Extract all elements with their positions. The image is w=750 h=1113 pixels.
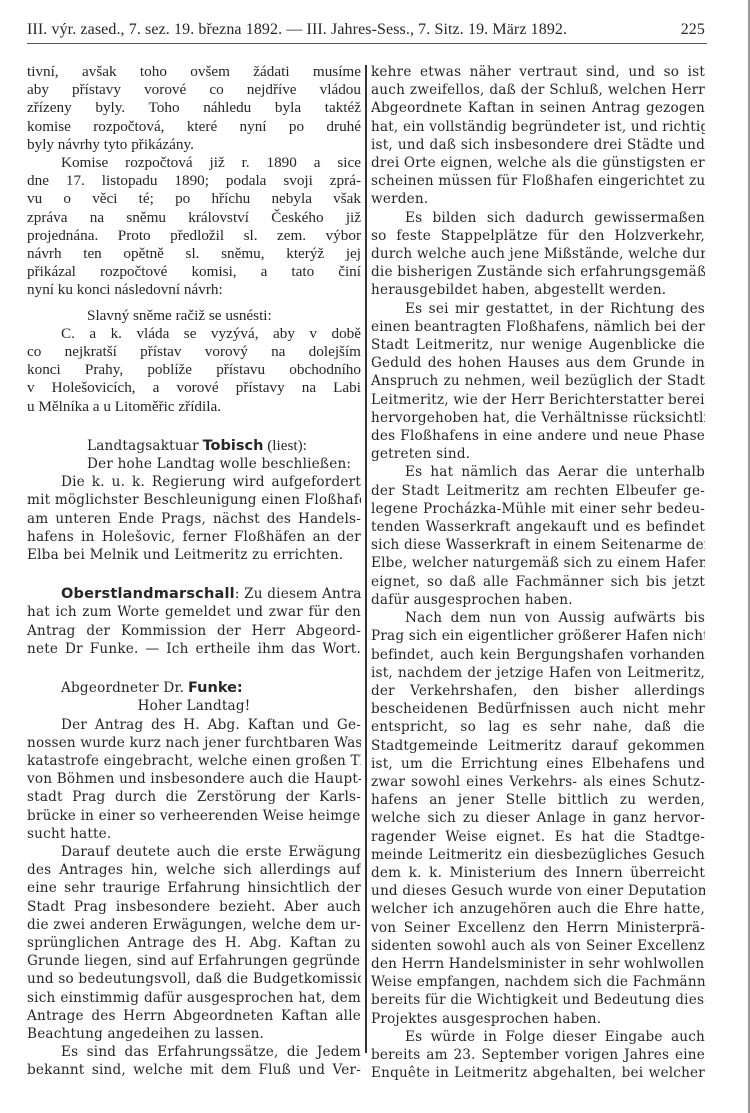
text-line: eignet, so daß alle Fachmänner sich bis … xyxy=(371,573,705,591)
resolution-intro: Slavný sněme račiž se usnésti: xyxy=(27,307,361,325)
text-line: dafür ausgesprochen haben. xyxy=(371,591,705,609)
text-line: meinde Leitmeritz ein diesbezügliches Ge… xyxy=(371,846,705,864)
speech-paragraph-3: Es sind das Erfahrungssätze, die Jedembe… xyxy=(27,1043,361,1079)
text-line: Es bilden sich dadurch gewissermaßen xyxy=(371,209,705,227)
text-line: sich diese Wasserkraft in einem Seitenar… xyxy=(371,536,705,554)
paragraph-5: Nach dem nun von Aussig aufwärts bisPrag… xyxy=(371,609,705,1028)
text-line: dne 17. listopadu 1890; podala svoji zpr… xyxy=(27,172,361,190)
text-line: Enquête in Leitmeritz abgehalten, bei we… xyxy=(371,1064,705,1082)
german-intro: Der hohe Landtag wolle beschließen: xyxy=(27,455,361,473)
text-line: zwar sowohl eines Verkehrs- als eines Sc… xyxy=(371,773,705,791)
chair-name: Oberstlandmarschall xyxy=(61,586,235,602)
text-line: katastrofe eingebracht, welche einen gro… xyxy=(27,752,361,770)
speaker-name: Funke: xyxy=(188,680,243,696)
text-line: sucht hatte. xyxy=(27,825,361,843)
speech-paragraph-2: Darauf deutete auch die erste Erwägungde… xyxy=(27,843,361,1043)
text-line: návrh ten opětně sl. sněmu, kterýž jej xyxy=(27,245,361,263)
text-line: getreten sind. xyxy=(371,445,705,463)
chair-speech-line: nete Dr Funke. — Ich ertheile ihm das Wo… xyxy=(27,640,361,658)
text-line: bereits für die Wichtigkeit und Bedeutun… xyxy=(371,991,705,1009)
text-line: tenden Wasserkraft angekauft und es befi… xyxy=(371,518,705,536)
text-line: Elbe, welcher naturgemäß sich zu einem H… xyxy=(371,554,705,572)
text-line: bekannt sind, welche mit dem Fluß und Ve… xyxy=(27,1061,361,1079)
text-line: Es würde in Folge dieser Eingabe auch xyxy=(371,1028,705,1046)
paragraph-3: Es sei mir gestattet, in der Richtung de… xyxy=(371,300,705,464)
text-line: sprünglichen Antrage des H. Abg. Kaftan … xyxy=(27,934,361,952)
text-line: auch zweifellos, daß der Schluß, welchen… xyxy=(371,81,705,99)
text-line: aby přístavy vorové co nejdříve vládou xyxy=(27,81,361,99)
text-line: drei Orte eignen, welche als die günstig… xyxy=(371,154,705,172)
text-line: durch welche auch jene Mißstände, welche… xyxy=(371,245,705,263)
text-line: přikázal rozpočtové komisi, a tato činí xyxy=(27,263,361,281)
text-line: Es sei mir gestattet, in der Richtung de… xyxy=(371,300,705,318)
text-line: ist, und daß sich insbesondere drei Städ… xyxy=(371,136,705,154)
speech-paragraph-1: Der Antrag des H. Abg. Kaftan und Ge-nos… xyxy=(27,716,361,843)
text-line: zpráva na sněmu království Českého již xyxy=(27,209,361,227)
text-line: Geduld des hohen Hauses aus dem Grunde i… xyxy=(371,354,705,372)
text-line: der Stadt Leitmeritz am rechten Elbeufer… xyxy=(371,482,705,500)
left-column: tivní, avšak toho ovšem žádati musímeaby… xyxy=(27,63,361,1080)
text-line: sidenten sowohl auch als von Seiner Exce… xyxy=(371,937,705,955)
text-line: am unteren Ende Prags, nächst des Handel… xyxy=(27,510,361,528)
speaker-heading: Abgeordneter Dr. Funke: xyxy=(27,679,361,697)
text-line: welche sich zu dieser Anlage in ganz her… xyxy=(371,809,705,827)
text-line: Prag sich ein eigentlicher größerer Hafe… xyxy=(371,627,705,645)
german-resolution: Die k. u. k. Regierung wird aufgefordert… xyxy=(27,473,361,564)
text-line: Weise empfangen, nachdem sich die Fachmä… xyxy=(371,973,705,991)
text-line: der Verkehrshafen, den bisher allerdings xyxy=(371,682,705,700)
text-line: Nach dem nun von Aussig aufwärts bis xyxy=(371,609,705,627)
text-line: stadt Prag durch die Zerstörung der Karl… xyxy=(27,788,361,806)
text-line: hat, ein vollständig begründeter ist, un… xyxy=(371,118,705,136)
text-line: sich einstimmig dafür ausgesprochen hat,… xyxy=(27,989,361,1007)
running-head: III. výr. zased., 7. sez. 19. března 189… xyxy=(27,19,707,44)
text-line: und dieses Gesuch wurde von einer Deputa… xyxy=(371,882,705,900)
text-line: Es sind das Erfahrungssätze, die Jedem xyxy=(27,1043,361,1061)
text-line: Es hat nämlich das Aerar die unterhalb xyxy=(371,463,705,481)
text-line: u Mělníka a u Litoměřic zřídila. xyxy=(27,398,361,416)
reader-label: Landtagsaktuar xyxy=(87,438,199,454)
text-line: mit möglichster Beschleunigung einen Flo… xyxy=(27,491,361,509)
text-line: Elba bei Melnik und Leitmeritz zu errich… xyxy=(27,546,361,564)
reader-heading: Landtagsaktuar Tobisch (liest): xyxy=(27,437,361,455)
text-line: Darauf deutete auch die erste Erwägung xyxy=(27,843,361,861)
text-line: so feste Stappelplätze für den Holzverke… xyxy=(371,227,705,245)
text-line: vu o věci té; po hříchu nebyla však xyxy=(27,190,361,208)
text-line: komise rozpočtová, které nyní po druhé xyxy=(27,118,361,136)
text-line: brücke in einer so verheerenden Weise he… xyxy=(27,807,361,825)
header-title: III. výr. zased., 7. sez. 19. března 189… xyxy=(27,21,567,38)
text-line: herausgebildet haben, abgestellt werden. xyxy=(371,281,705,299)
paragraph-6: Es würde in Folge dieser Eingabe auchber… xyxy=(371,1028,705,1083)
paragraph-1: kehre etwas näher vertraut sind, und so … xyxy=(371,63,705,209)
text-line: ist, um die Errichtung eines Elbehafens … xyxy=(371,755,705,773)
text-line: welcher ich anzugehören auch die Ehre ha… xyxy=(371,900,705,918)
reader-suffix: (liest): xyxy=(267,437,307,454)
text-line: byly návrhy tyto přikázány. xyxy=(27,136,361,154)
text-line: Projektes ausgesprochen haben. xyxy=(371,1010,705,1028)
chair-speech-line: hat ich zum Worte gemeldet und zwar für … xyxy=(27,603,361,621)
text-line: Die k. u. k. Regierung wird aufgefordert xyxy=(27,473,361,491)
text-line: Anspruch zu nehmen, weil bezüglich der S… xyxy=(371,372,705,390)
text-line: von Seiner Excellenz den Herrn Ministerp… xyxy=(371,919,705,937)
czech-paragraph-1: tivní, avšak toho ovšem žádati musímeaby… xyxy=(27,63,361,154)
text-line: den Herrn Handelsminister in sehr wohlwo… xyxy=(371,955,705,973)
text-line: legene Procházka-Mühle mit einer sehr be… xyxy=(371,500,705,518)
text-line: co nejkratší přístav vorový na dolejším xyxy=(27,343,361,361)
text-line: v Holešovicích, a vorové přístavy na Lab… xyxy=(27,379,361,397)
text-line: hafens an jener Stelle bittlich zu werde… xyxy=(371,791,705,809)
text-line: Antrage des Herrn Abgeordneten Kaftan al… xyxy=(27,1007,361,1025)
speaker-label: Abgeordneter Dr. xyxy=(61,680,184,696)
reader-name: Tobisch xyxy=(203,438,264,454)
text-line: von Böhmen und insbesondere auch die Hau… xyxy=(27,770,361,788)
text-line: Stadtgemeinde Leitmeritz darauf gekommen xyxy=(371,737,705,755)
text-line: die zwei anderen Erwägungen, welche dem … xyxy=(27,916,361,934)
text-line: die bisherigen Zustände sich erfahrungsg… xyxy=(371,263,705,281)
text-line: tivní, avšak toho ovšem žádati musíme xyxy=(27,63,361,81)
right-column: kehre etwas näher vertraut sind, und so … xyxy=(371,63,705,1082)
text-line: eine sehr traurige Erfahrung hinsichtlic… xyxy=(27,879,361,897)
chair-heading: Oberstlandmarschall: Zu diesem Antrage xyxy=(27,585,361,603)
text-line: scheinen müssen für Floßhafen eingericht… xyxy=(371,172,705,190)
text-line: befindet, auch kein Bergungshafen vorhan… xyxy=(371,646,705,664)
paragraph-2: Es bilden sich dadurch gewissermaßenso f… xyxy=(371,209,705,300)
chair-speech-line: Antrag der Kommission der Herr Abgeord- xyxy=(27,622,361,640)
paragraph-4: Es hat nämlich das Aerar die unterhalbde… xyxy=(371,463,705,609)
text-line: des Floßhafens in eine andere und neue P… xyxy=(371,427,705,445)
text-line: C. a k. vláda se vyzývá, aby v době xyxy=(27,325,361,343)
text-line: kehre etwas näher vertraut sind, und so … xyxy=(371,63,705,81)
text-line: werden. xyxy=(371,190,705,208)
text-line: konci Prahy, poblíže přístavu obchodního xyxy=(27,361,361,379)
text-line: hervorgehoben hat, die Verhältnisse rück… xyxy=(371,409,705,427)
text-line: Leitmeritz, wie der Herr Berichterstatte… xyxy=(371,391,705,409)
text-line: ragender Weise eignet. Es hat die Stadtg… xyxy=(371,828,705,846)
chair-speech-first: : Zu diesem Antrage xyxy=(235,586,361,602)
text-line: einen beantragten Floßhafens, nämlich be… xyxy=(371,318,705,336)
text-line: Stadt Leitmeritz, nur wenige Augenblicke… xyxy=(371,336,705,354)
text-line: nyní ku konci následovní návrh: xyxy=(27,281,361,299)
text-line: Grunde liegen, sind auf Erfahrungen gegr… xyxy=(27,952,361,970)
text-line: Beachtung angedeihen zu lassen. xyxy=(27,1025,361,1043)
text-line: projednána. Proto předložil sl. zem. výb… xyxy=(27,227,361,245)
text-line: hafens in Holešovic, ferner Floßhäfen an… xyxy=(27,528,361,546)
czech-resolution: C. a k. vláda se vyzývá, aby v doběco ne… xyxy=(27,325,361,416)
text-line: Komise rozpočtová již r. 1890 a sice xyxy=(27,154,361,172)
text-line: nossen wurde kurz nach jener furchtbaren… xyxy=(27,734,361,752)
text-line: des Antrages hin, welche sich allerdings… xyxy=(27,861,361,879)
text-line: Der Antrag des H. Abg. Kaftan und Ge- xyxy=(27,716,361,734)
text-line: zřízeny byly. Toho náhledu byla taktéž xyxy=(27,99,361,117)
text-line: dem k. k. Ministerium des Innern überrei… xyxy=(371,864,705,882)
text-line: und so bedeutungsvoll, daß die Budgetkom… xyxy=(27,970,361,988)
text-line: bescheidenen Bedürfnissen auch nicht meh… xyxy=(371,700,705,718)
salutation: Hoher Landtag! xyxy=(27,697,361,715)
column-divider xyxy=(365,65,367,1053)
text-line: ist, nachdem der jetzige Hafen von Leitm… xyxy=(371,664,705,682)
text-line: entspricht, so lag es sehr nahe, daß die xyxy=(371,718,705,736)
page-number: 225 xyxy=(681,19,705,41)
czech-paragraph-2: Komise rozpočtová již r. 1890 a sicedne … xyxy=(27,154,361,300)
text-line: Stadt Prag insbesondere bezieht. Aber au… xyxy=(27,898,361,916)
text-line: Abgeordnete Kaftan in seinen Antrag gezo… xyxy=(371,99,705,117)
text-line: bereits am 23. September vorigen Jahres … xyxy=(371,1046,705,1064)
